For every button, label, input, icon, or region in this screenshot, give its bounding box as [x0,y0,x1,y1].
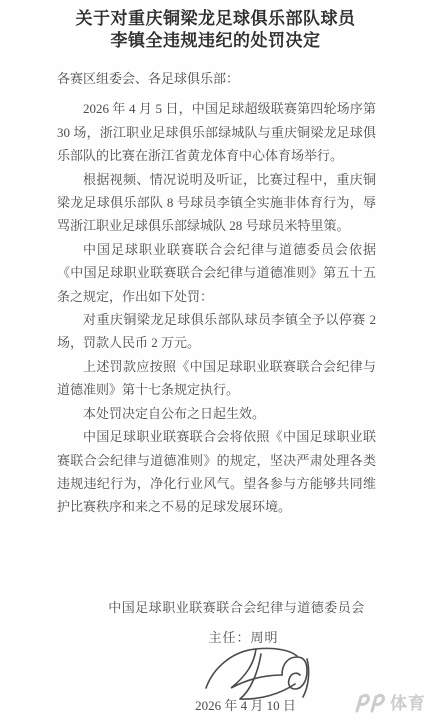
salutation: 各赛区组委会、各足球俱乐部： [57,67,376,90]
closing-organization: 中国足球职业联赛联合会纪律与道德委员会 [21,597,431,616]
paragraph-penalty: 对重庆铜梁龙足球俱乐部队球员李镇全予以停赛 2 场，罚款人民币 2 万元。 [57,308,376,355]
paragraph-match-info: 2026 年 4 月 5 日，中国足球超级联赛第四轮场序第 30 场，浙江职业足… [57,97,376,167]
document-page: 关于对重庆铜梁龙足球俱乐部队球员 李镇全违规违纪的处罚决定 各赛区组委会、各足球… [0,0,431,720]
handwritten-signature [198,641,323,703]
paragraph-fine-execution: 上述罚款应按照《中国足球职业联赛联合会纪律与道德准则》第十七条规定执行。 [57,355,376,402]
paragraph-legal-basis: 中国足球职业联赛联合会纪律与道德委员会依据《中国足球职业联赛联合会纪律与道德准则… [57,238,376,308]
document-body: 各赛区组委会、各足球俱乐部： 2026 年 4 月 5 日，中国足球超级联赛第四… [57,67,376,519]
paragraph-statement: 中国足球职业联赛联合会将依照《中国足球职业联赛联合会纪律与道德准则》的规定，坚决… [57,425,376,519]
pp-sports-logo-icon [353,691,387,713]
paragraph-violation-facts: 根据视频、情况说明及听证，比赛过程中，重庆铜梁龙足球俱乐部队 8 号球员李镇全实… [57,168,376,238]
watermark-label: 体育 [390,689,426,714]
document-title-line2: 李镇全违规违纪的处罚决定 [0,30,431,52]
document-title-line1: 关于对重庆铜梁龙足球俱乐部队球员 [0,8,431,30]
pp-sports-watermark: 体育 [353,689,426,714]
paragraph-effective-date: 本处罚决定自公布之日起生效。 [57,402,376,425]
document-title: 关于对重庆铜梁龙足球俱乐部队球员 李镇全违规违纪的处罚决定 [0,8,431,52]
